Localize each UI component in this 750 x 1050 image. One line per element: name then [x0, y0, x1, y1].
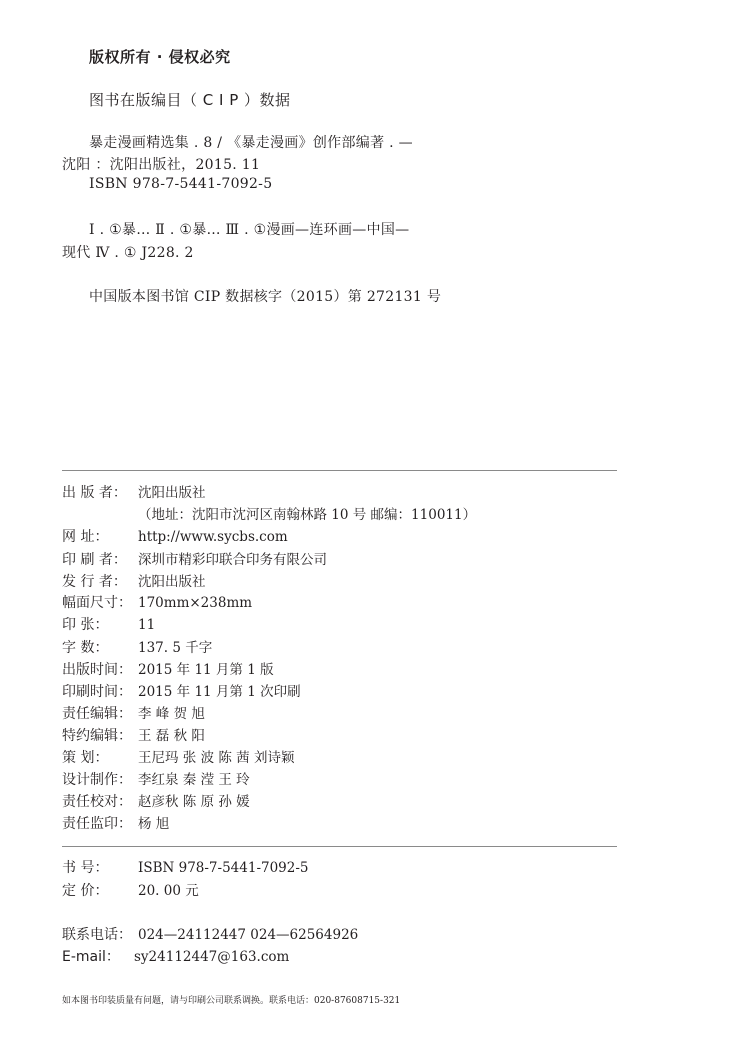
info-row-planning: 策 划： 王尼玛 张 波 陈 茜 刘诗颖: [62, 746, 294, 768]
info-row-printer: 印 刷 者： 深圳市精彩印联合印务有限公司: [62, 548, 327, 570]
info-row-sheets: 印 张： 11: [62, 614, 155, 636]
contact-phone-row: 联系电话： 024—24112447 024—62564926: [62, 924, 358, 946]
info-row-publisher: 出 版 者： 沈阳出版社: [62, 481, 206, 503]
cip-line-classification: 现代 Ⅳ . ① J228. 2: [62, 242, 194, 262]
info-label: 印刷时间：: [62, 681, 138, 701]
cip-line-record: 中国版本图书馆 CIP 数据核字（2015）第 272131 号: [89, 286, 441, 306]
info-row-distributor: 发 行 者： 沈阳出版社: [62, 570, 206, 592]
info-row-wordcount: 字 数： 137. 5 千字: [62, 636, 212, 658]
info-row-address: （地址：沈阳市沈河区南翰林路 10 号 邮编：110011）: [62, 503, 476, 525]
info-value: 2015 年 11 月第 1 次印刷: [138, 680, 301, 700]
info-value: 李红泉 秦 滢 王 玲: [138, 768, 250, 788]
website-link[interactable]: http://www.sycbs.com: [138, 529, 288, 545]
book-value: 20. 00 元: [138, 879, 199, 899]
cip-line-title: 暴走漫画精选集 . 8 / 《暴走漫画》创作部编著 . —: [89, 132, 413, 152]
info-label: 责任监印：: [62, 813, 138, 833]
info-label: 责任编辑：: [62, 703, 138, 723]
divider-bottom: [62, 846, 617, 847]
contact-email-link[interactable]: sy24112447@163.com: [134, 949, 289, 965]
info-label: 网 址：: [62, 526, 138, 546]
info-value: 李 峰 贺 旭: [138, 702, 205, 722]
contact-email-row: E-mail： sy24112447@163.com: [62, 946, 289, 968]
info-label: 幅面尺寸：: [62, 592, 138, 612]
info-label: 印 刷 者：: [62, 549, 138, 569]
cip-line-imprint: 沈阳 ：沈阳出版社，2015. 11: [62, 154, 260, 174]
book-label: 定 价：: [62, 880, 138, 900]
info-label: 设计制作：: [62, 769, 138, 789]
info-row-publish-date: 出版时间： 2015 年 11 月第 1 版: [62, 658, 274, 680]
info-label: 字 数：: [62, 637, 138, 657]
info-value: 沈阳出版社: [138, 570, 206, 590]
info-value: 170mm×238mm: [138, 595, 252, 611]
book-row-isbn: 书 号： ISBN 978-7-5441-7092-5: [62, 857, 309, 879]
info-row-format: 幅面尺寸： 170mm×238mm: [62, 592, 252, 614]
copyright-notice: 版权所有 · 侵权必究: [89, 46, 231, 67]
info-label: 印 张：: [62, 614, 138, 634]
info-row-proofreading: 责任校对： 赵彦秋 陈 原 孙 媛: [62, 790, 250, 812]
footer-note: 如本图书印装质量有问题，请与印刷公司联系调换。联系电话：020-87608715…: [62, 993, 400, 1006]
info-value: 赵彦秋 陈 原 孙 媛: [138, 790, 250, 810]
info-row-special-editor: 特约编辑： 王 磊 秋 阳: [62, 724, 205, 746]
info-label: 出版时间：: [62, 659, 138, 679]
contact-email-label: E-mail：: [62, 946, 134, 966]
info-value: 王尼玛 张 波 陈 茜 刘诗颖: [138, 746, 294, 766]
book-value: ISBN 978-7-5441-7092-5: [138, 860, 309, 876]
info-label: 发 行 者：: [62, 571, 138, 591]
info-row-editor: 责任编辑： 李 峰 贺 旭: [62, 702, 205, 724]
info-value: 王 磊 秋 阳: [138, 724, 205, 744]
book-row-price: 定 价： 20. 00 元: [62, 879, 199, 901]
divider-top: [62, 470, 617, 471]
contact-phone-label: 联系电话：: [62, 924, 138, 944]
info-row-print-date: 印刷时间： 2015 年 11 月第 1 次印刷: [62, 680, 301, 702]
info-value: 137. 5 千字: [138, 636, 212, 656]
info-row-design: 设计制作： 李红泉 秦 滢 王 玲: [62, 768, 250, 790]
book-label: 书 号：: [62, 857, 138, 877]
info-value: 沈阳出版社: [138, 481, 206, 501]
info-value: 11: [138, 617, 155, 633]
info-value: 2015 年 11 月第 1 版: [138, 658, 274, 678]
info-label: 特约编辑：: [62, 725, 138, 745]
cip-title: 图书在版编目（ C I P ）数据: [89, 89, 291, 110]
cip-line-isbn: ISBN 978-7-5441-7092-5: [89, 176, 272, 192]
info-value: 杨 旭: [138, 812, 169, 832]
info-label: 责任校对：: [62, 791, 138, 811]
info-value: （地址：沈阳市沈河区南翰林路 10 号 邮编：110011）: [138, 503, 476, 523]
info-row-print-supervisor: 责任监印： 杨 旭: [62, 812, 169, 834]
info-label: 出 版 者：: [62, 482, 138, 502]
cip-line-subjects: Ⅰ . ①暴… Ⅱ . ①暴… Ⅲ . ①漫画—连环画—中国—: [89, 219, 409, 239]
info-label: 策 划：: [62, 747, 138, 767]
info-value: 深圳市精彩印联合印务有限公司: [138, 548, 327, 568]
info-row-website: 网 址： http://www.sycbs.com: [62, 526, 288, 548]
contact-phone-value: 024—24112447 024—62564926: [138, 927, 358, 943]
